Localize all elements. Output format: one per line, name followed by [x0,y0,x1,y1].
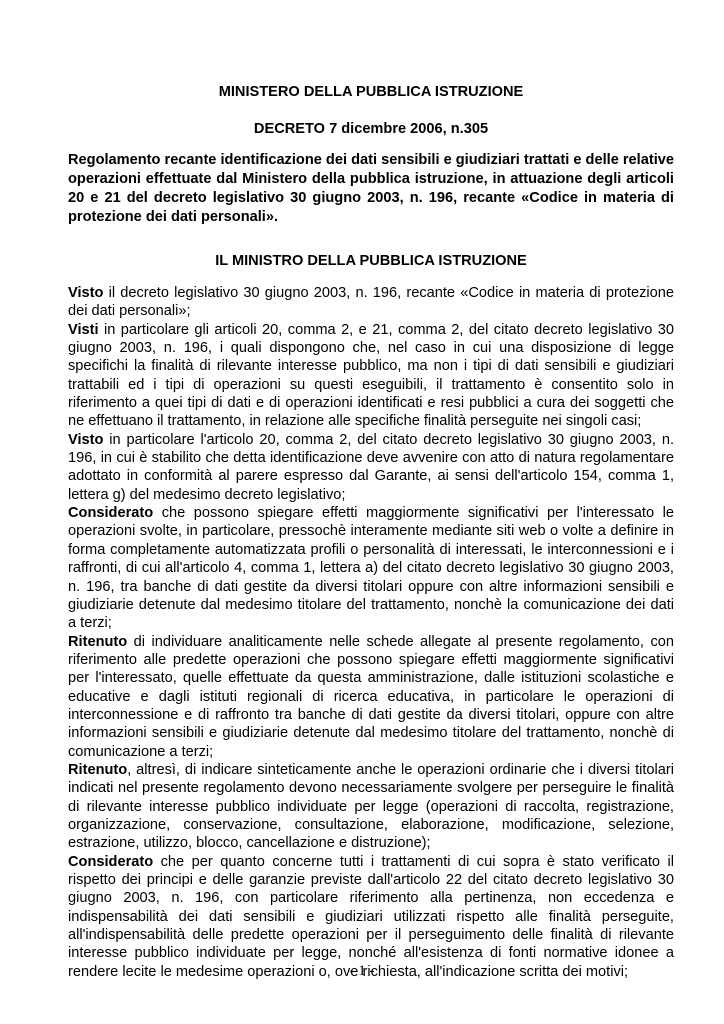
page-number: - 1 - [0,963,724,980]
decree-title: DECRETO 7 dicembre 2006, n.305 [68,120,674,138]
paragraph-lead: Visto [68,285,103,301]
paragraph-visto-1: Visto il decreto legislativo 30 giugno 2… [68,284,674,321]
preamble-body: Visto il decreto legislativo 30 giugno 2… [68,284,674,981]
paragraph-ritenuto-2: Ritenuto, altresì, di indicare sintetica… [68,761,674,853]
paragraph-considerato-1: Considerato che possono spiegare effetti… [68,504,674,632]
paragraph-lead: Ritenuto [68,634,127,650]
decree-subject: Regolamento recante identificazione dei … [68,151,674,227]
paragraph-considerato-2: Considerato che per quanto concerne tutt… [68,853,674,981]
paragraph-text: che per quanto concerne tutti i trattame… [68,854,674,980]
ministry-heading: MINISTERO DELLA PUBBLICA ISTRUZIONE [68,83,674,101]
paragraph-text: il decreto legislativo 30 giugno 2003, n… [68,285,674,319]
paragraph-lead: Considerato [68,505,153,521]
paragraph-lead: Considerato [68,854,153,870]
paragraph-visti: Visti in particolare gli articoli 20, co… [68,321,674,431]
paragraph-lead: Ritenuto [68,762,127,778]
paragraph-ritenuto-1: Ritenuto di individuare analiticamente n… [68,633,674,761]
paragraph-visto-2: Visto in particolare l'articolo 20, comm… [68,431,674,504]
paragraph-text: che possono spiegare effetti maggiorment… [68,505,674,631]
paragraph-lead: Visti [68,322,99,338]
paragraph-lead: Visto [68,432,103,448]
paragraph-text: in particolare gli articoli 20, comma 2,… [68,322,674,430]
paragraph-text: di individuare analiticamente nelle sche… [68,634,674,760]
paragraph-text: , altresì, di indicare sinteticamente an… [68,762,674,851]
issuer-heading: IL MINISTRO DELLA PUBBLICA ISTRUZIONE [68,252,674,270]
paragraph-text: in particolare l'articolo 20, comma 2, d… [68,432,674,503]
